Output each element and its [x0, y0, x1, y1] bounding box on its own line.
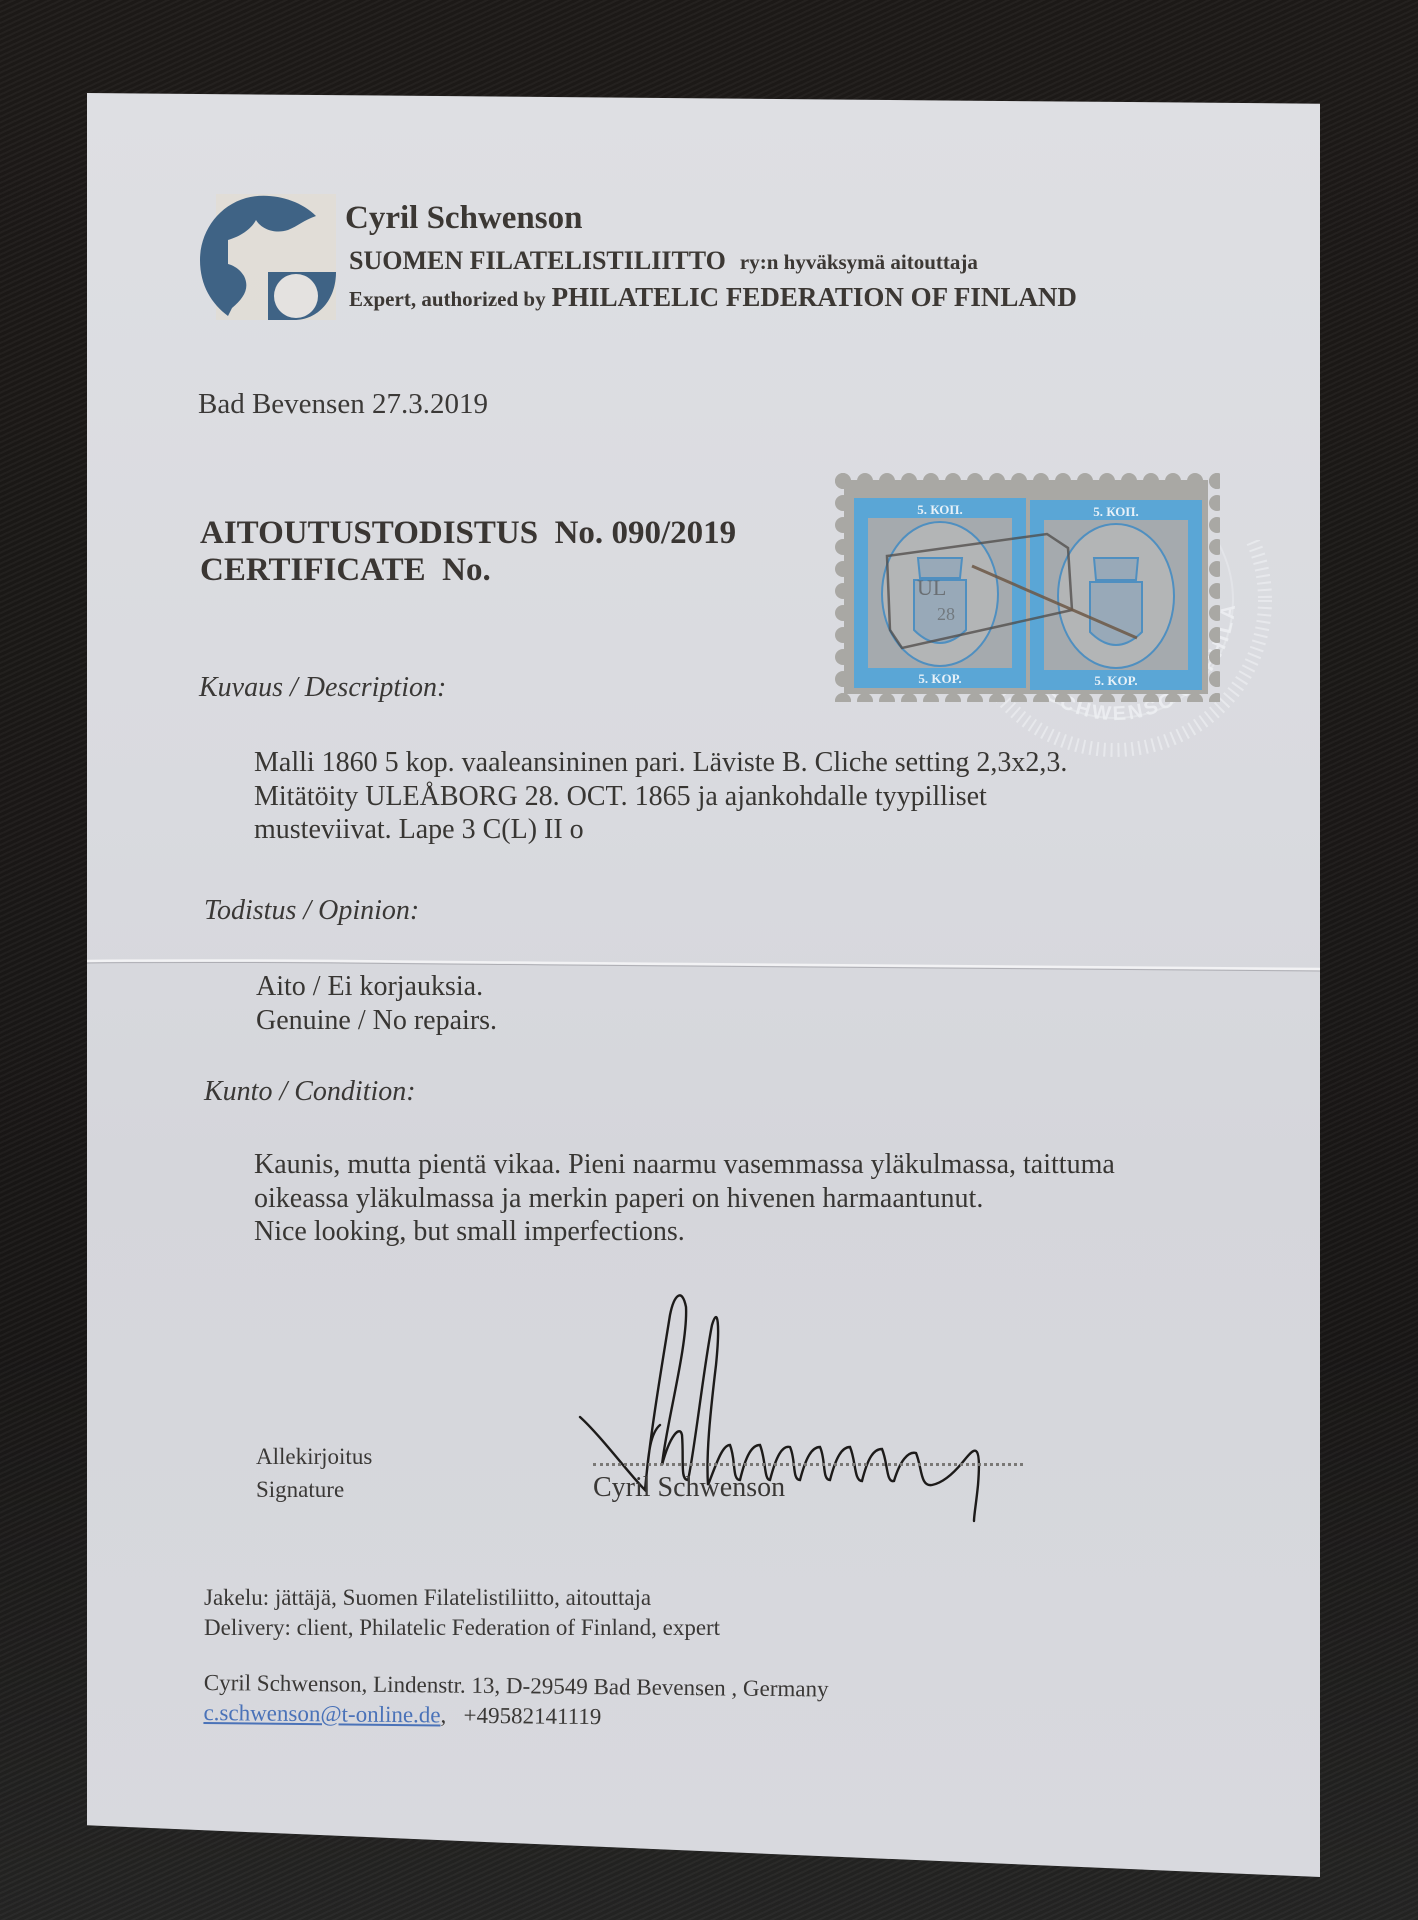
description-line: musteviivat. Lape 3 C(L) II o	[254, 813, 1067, 847]
signature-label-en: Signature	[256, 1473, 372, 1506]
phone-number: +49582141119	[463, 1703, 601, 1729]
condition-text: Kaunis, mutta pientä vikaa. Pieni naarmu…	[254, 1148, 1115, 1249]
delivery-fi: Jakelu: jättäjä, Suomen Filatelistiliitt…	[204, 1583, 720, 1613]
no-label: No.	[555, 515, 604, 551]
description-text: Malli 1860 5 kop. vaaleansininen pari. L…	[254, 746, 1067, 847]
email-link[interactable]: c.schwenson@t-online.de	[203, 1700, 440, 1727]
certificate-number: 090/2019	[611, 515, 736, 551]
opinion-line: Aito / Ei korjauksia.	[256, 970, 497, 1004]
svg-text:5. KOP.: 5. KOP.	[918, 671, 961, 686]
signer-name: Cyril Schwenson	[593, 1472, 785, 1504]
condition-label: Kunto / Condition:	[204, 1076, 416, 1108]
description-line: Mitätöity ULEÅBORG 28. OCT. 1865 ja ajan…	[254, 780, 1067, 814]
delivery-block: Jakelu: jättäjä, Suomen Filatelistiliitt…	[204, 1583, 720, 1643]
opinion-label: Todistus / Opinion:	[204, 895, 419, 927]
federation-fi: SUOMEN FILATELISTILIITTO	[349, 246, 726, 275]
federation-line-en: Expert, authorized byPHILATELIC FEDERATI…	[349, 282, 1077, 313]
svg-text:28: 28	[937, 604, 955, 624]
condition-line: Nice looking, but small imperfections.	[254, 1215, 1115, 1249]
svg-text:UL: UL	[917, 575, 946, 600]
svg-text:5. KOP.: 5. KOP.	[1094, 673, 1137, 688]
title-en: CERTIFICATE	[200, 552, 426, 588]
svg-text:5. КОП.: 5. КОП.	[917, 502, 963, 517]
no-label-en: No.	[442, 552, 491, 588]
signature-label-fi: Allekirjoitus	[256, 1440, 372, 1473]
federation-line-fi: SUOMEN FILATELISTILIITTOry:n hyväksymä a…	[349, 246, 978, 276]
condition-line: oikeassa yläkulmassa ja merkin paperi on…	[254, 1182, 1115, 1216]
signature-dotted-line	[593, 1463, 1023, 1466]
authorized-prefix: Expert, authorized by	[349, 287, 546, 311]
description-line: Malli 1860 5 kop. vaaleansininen pari. L…	[254, 746, 1067, 780]
contact-block: Cyril Schwenson, Lindenstr. 13, D-29549 …	[203, 1668, 828, 1734]
signature-labels: Allekirjoitus Signature	[256, 1440, 372, 1507]
stamp-pair-image: 5. КОП. 5. KOP. 5. КОП. 5. KOP. UL 28	[832, 470, 1220, 702]
description-label: Kuvaus / Description:	[199, 672, 446, 704]
federation-fi-suffix: ry:n hyväksymä aitouttaja	[740, 250, 978, 274]
expert-name: Cyril Schwenson	[345, 200, 582, 237]
email-comma: ,	[440, 1702, 446, 1727]
place-date: Bad Bevensen 27.3.2019	[198, 388, 488, 421]
svg-text:5. КОП.: 5. КОП.	[1093, 504, 1139, 519]
federation-en: PHILATELIC FEDERATION OF FINLAND	[552, 282, 1077, 312]
opinion-text: Aito / Ei korjauksia. Genuine / No repai…	[256, 970, 497, 1037]
certificate-title: AITOUTUSTODISTUS No. 090/2019 CERTIFICAT…	[200, 515, 736, 589]
condition-line: Kaunis, mutta pientä vikaa. Pieni naarmu…	[254, 1148, 1115, 1182]
delivery-en: Delivery: client, Philatelic Federation …	[204, 1613, 720, 1643]
expert-monogram-logo-icon	[198, 192, 338, 322]
title-fi: AITOUTUSTODISTUS	[200, 515, 538, 551]
opinion-line: Genuine / No repairs.	[256, 1004, 497, 1038]
